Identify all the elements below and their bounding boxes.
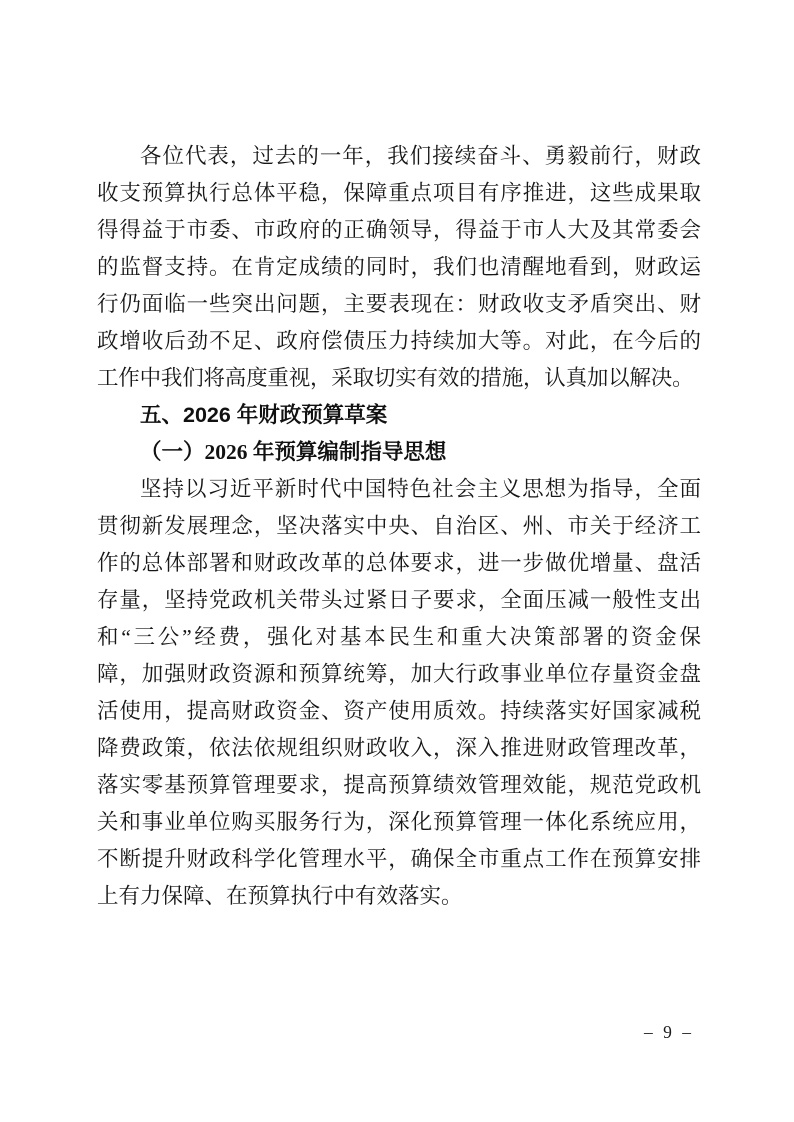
text-line: 行仍面临一些突出问题，主要表现在：财政收支矛盾突出、财 xyxy=(97,286,701,323)
text-line: 不断提升财政科学化管理水平，确保全市重点工作在预算安排 xyxy=(97,841,701,878)
paragraph-year-review: 各位代表，过去的一年，我们接续奋斗、勇毅前行，财政收支预算执行总体平稳，保障重点… xyxy=(97,138,701,397)
page-number: – 9 – xyxy=(644,1020,694,1044)
text-line: 收支预算执行总体平稳，保障重点项目有序推进，这些成果取 xyxy=(97,175,701,212)
paragraph-guiding-thought: 坚持以习近平新时代中国特色社会主义思想为指导，全面贯彻新发展理念，坚决落实中央、… xyxy=(97,471,701,915)
text-line: 工作中我们将高度重视，采取切实有效的措施，认真加以解决。 xyxy=(97,360,701,397)
text-line: 贯彻新发展理念，坚决落实中央、自治区、州、市关于经济工 xyxy=(97,508,701,545)
text-line: 和“三公”经费，强化对基本民生和重大决策部署的资金保 xyxy=(97,619,701,656)
text-line: 坚持以习近平新时代中国特色社会主义思想为指导，全面 xyxy=(97,471,701,508)
document-page: 各位代表，过去的一年，我们接续奋斗、勇毅前行，财政收支预算执行总体平稳，保障重点… xyxy=(0,0,794,1122)
subsection-heading-guiding-thought: （一）2026 年预算编制指导思想 xyxy=(97,434,701,471)
section-heading-budget-draft: 五、2026 年财政预算草案 xyxy=(97,397,701,434)
text-line: 各位代表，过去的一年，我们接续奋斗、勇毅前行，财政 xyxy=(97,138,701,175)
text-line: 存量，坚持党政机关带头过紧日子要求，全面压减一般性支出 xyxy=(97,582,701,619)
document-body: 各位代表，过去的一年，我们接续奋斗、勇毅前行，财政收支预算执行总体平稳，保障重点… xyxy=(97,138,701,915)
text-line: 作的总体部署和财政改革的总体要求，进一步做优增量、盘活 xyxy=(97,545,701,582)
text-line: 关和事业单位购买服务行为，深化预算管理一体化系统应用， xyxy=(97,804,701,841)
text-line: 的监督支持。在肯定成绩的同时，我们也清醒地看到，财政运 xyxy=(97,249,701,286)
text-line: 降费政策，依法依规组织财政收入，深入推进财政管理改革， xyxy=(97,730,701,767)
text-line: 上有力保障、在预算执行中有效落实。 xyxy=(97,878,701,915)
text-line: 障，加强财政资源和预算统筹，加大行政事业单位存量资金盘 xyxy=(97,656,701,693)
text-line: 活使用，提高财政资金、资产使用质效。持续落实好国家减税 xyxy=(97,693,701,730)
text-line: 政增收后劲不足、政府偿债压力持续加大等。对此，在今后的 xyxy=(97,323,701,360)
text-line: 落实零基预算管理要求，提高预算绩效管理效能，规范党政机 xyxy=(97,767,701,804)
text-line: 得得益于市委、市政府的正确领导，得益于市人大及其常委会 xyxy=(97,212,701,249)
